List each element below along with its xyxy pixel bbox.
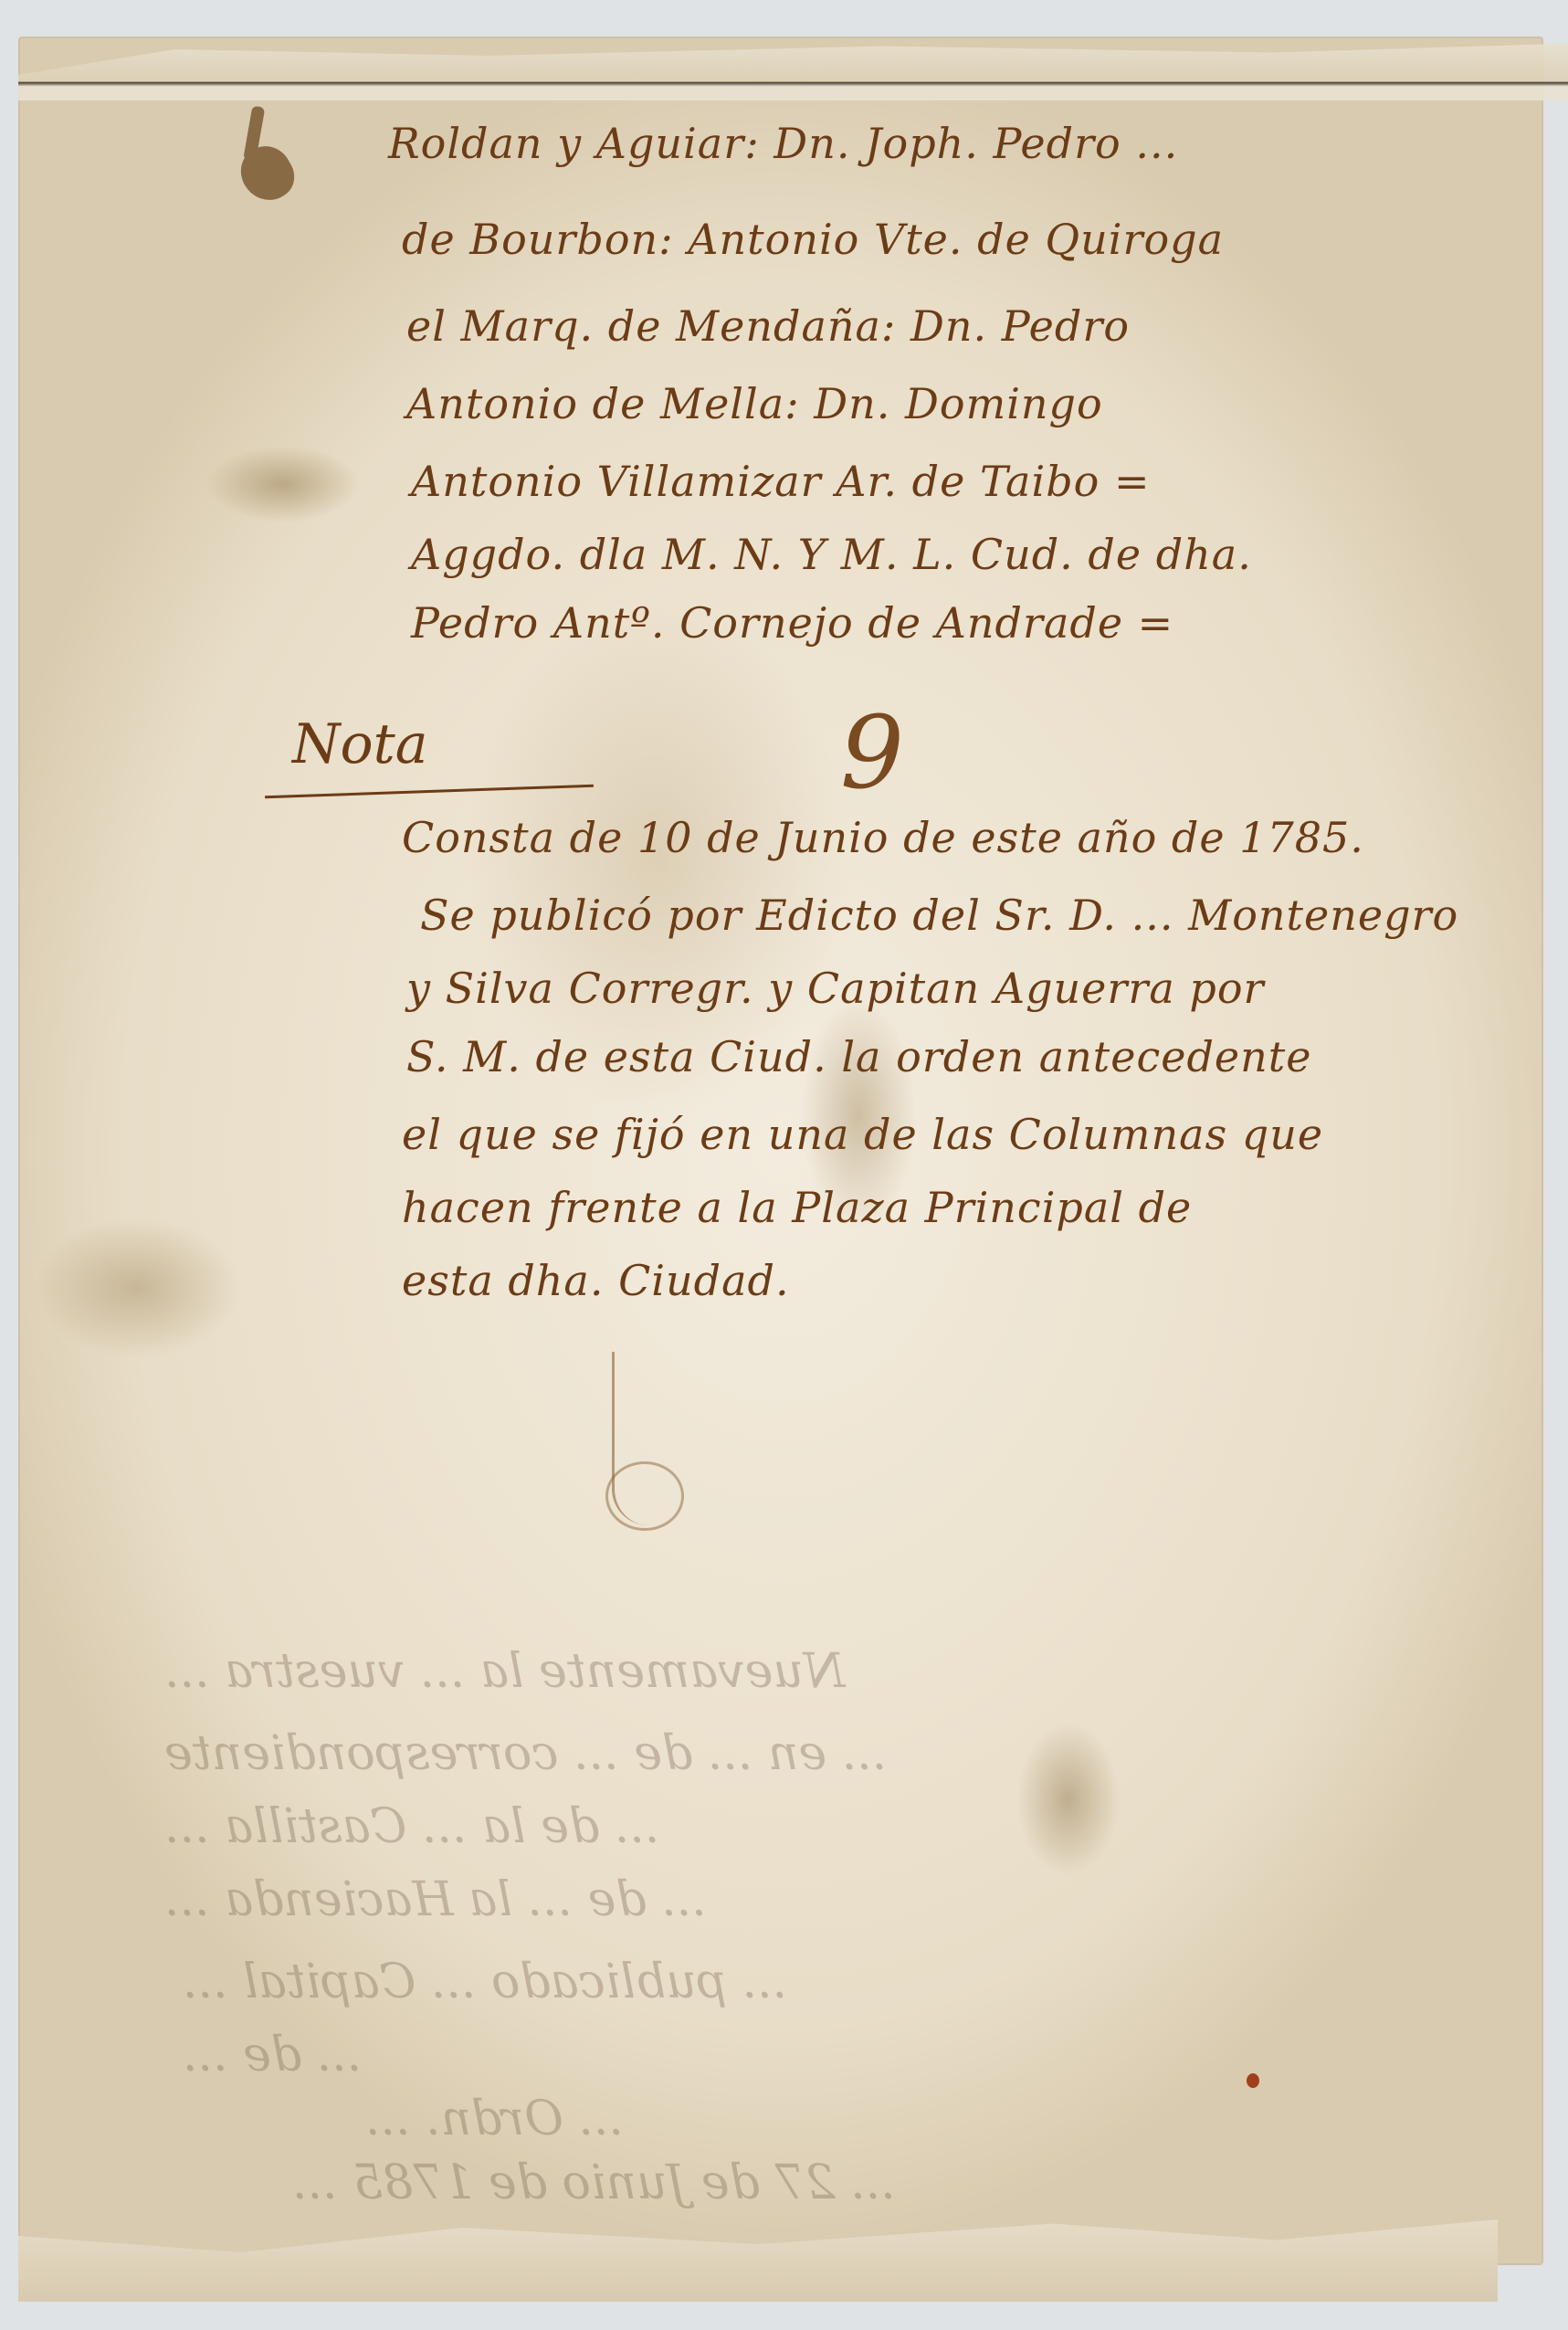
signatory-line: Aggdo. dla M. N. Y M. L. Cud. de dha. <box>411 530 1252 579</box>
signatory-line: Roldan y Aguiar: Dn. Joph. Pedro ... <box>388 119 1178 168</box>
nota-heading: Nota <box>292 712 428 776</box>
nota-underline <box>265 785 594 799</box>
nota-line: Se publicó por Edicto del Sr. D. ... Mon… <box>420 891 1458 940</box>
bleed-through-line: ... de ... la Hacienda ... <box>164 1872 707 1927</box>
bleed-through-line: ... de ... <box>183 2028 362 2082</box>
bleed-through-line: Nuevamente la ... vuestra ... <box>164 1644 845 1699</box>
nota-line: y Silva Corregr. y Capitan Aguerra por <box>406 964 1265 1013</box>
nota-line: hacen frente a la Plaza Principal de <box>402 1183 1192 1232</box>
rubric-mark <box>612 1352 697 1525</box>
signatory-line: Antonio Villamizar Ar. de Taibo = <box>411 457 1151 506</box>
bleed-through-line: ... Ordn. ... <box>365 2092 624 2146</box>
rust-spot <box>1247 2073 1259 2088</box>
bleed-through-line: ... de la ... Castilla ... <box>164 1799 659 1854</box>
nota-line: el que se fijó en una de las Columnas qu… <box>402 1110 1323 1159</box>
signatory-line: Antonio de Mella: Dn. Domingo <box>406 379 1103 428</box>
signatory-line: de Bourbon: Antonio Vte. de Quiroga <box>402 215 1224 264</box>
ink-blot <box>232 137 303 209</box>
nota-line: S. M. de esta Ciud. la orden antecedente <box>406 1032 1311 1081</box>
nota-line: esta dha. Ciudad. <box>402 1256 790 1305</box>
rubric-flourish: 9 <box>840 694 904 811</box>
torn-top-edge <box>18 37 1568 100</box>
bleed-through-line: ... publicado ... Capital ... <box>183 1955 787 2009</box>
manuscript-page: Roldan y Aguiar: Dn. Joph. Pedro ... de … <box>18 37 1543 2265</box>
bleed-through-line: ... en ... de ... correspondiente <box>164 1726 887 1781</box>
signatory-line: Pedro Antº. Cornejo de Andrade = <box>411 598 1173 648</box>
bleed-through-line: ... 27 de Junio de 1785 ... <box>292 2156 896 2210</box>
signatory-line: el Marq. de Mendaña: Dn. Pedro <box>406 301 1130 351</box>
nota-line: Consta de 10 de Junio de este año de 178… <box>402 813 1364 862</box>
